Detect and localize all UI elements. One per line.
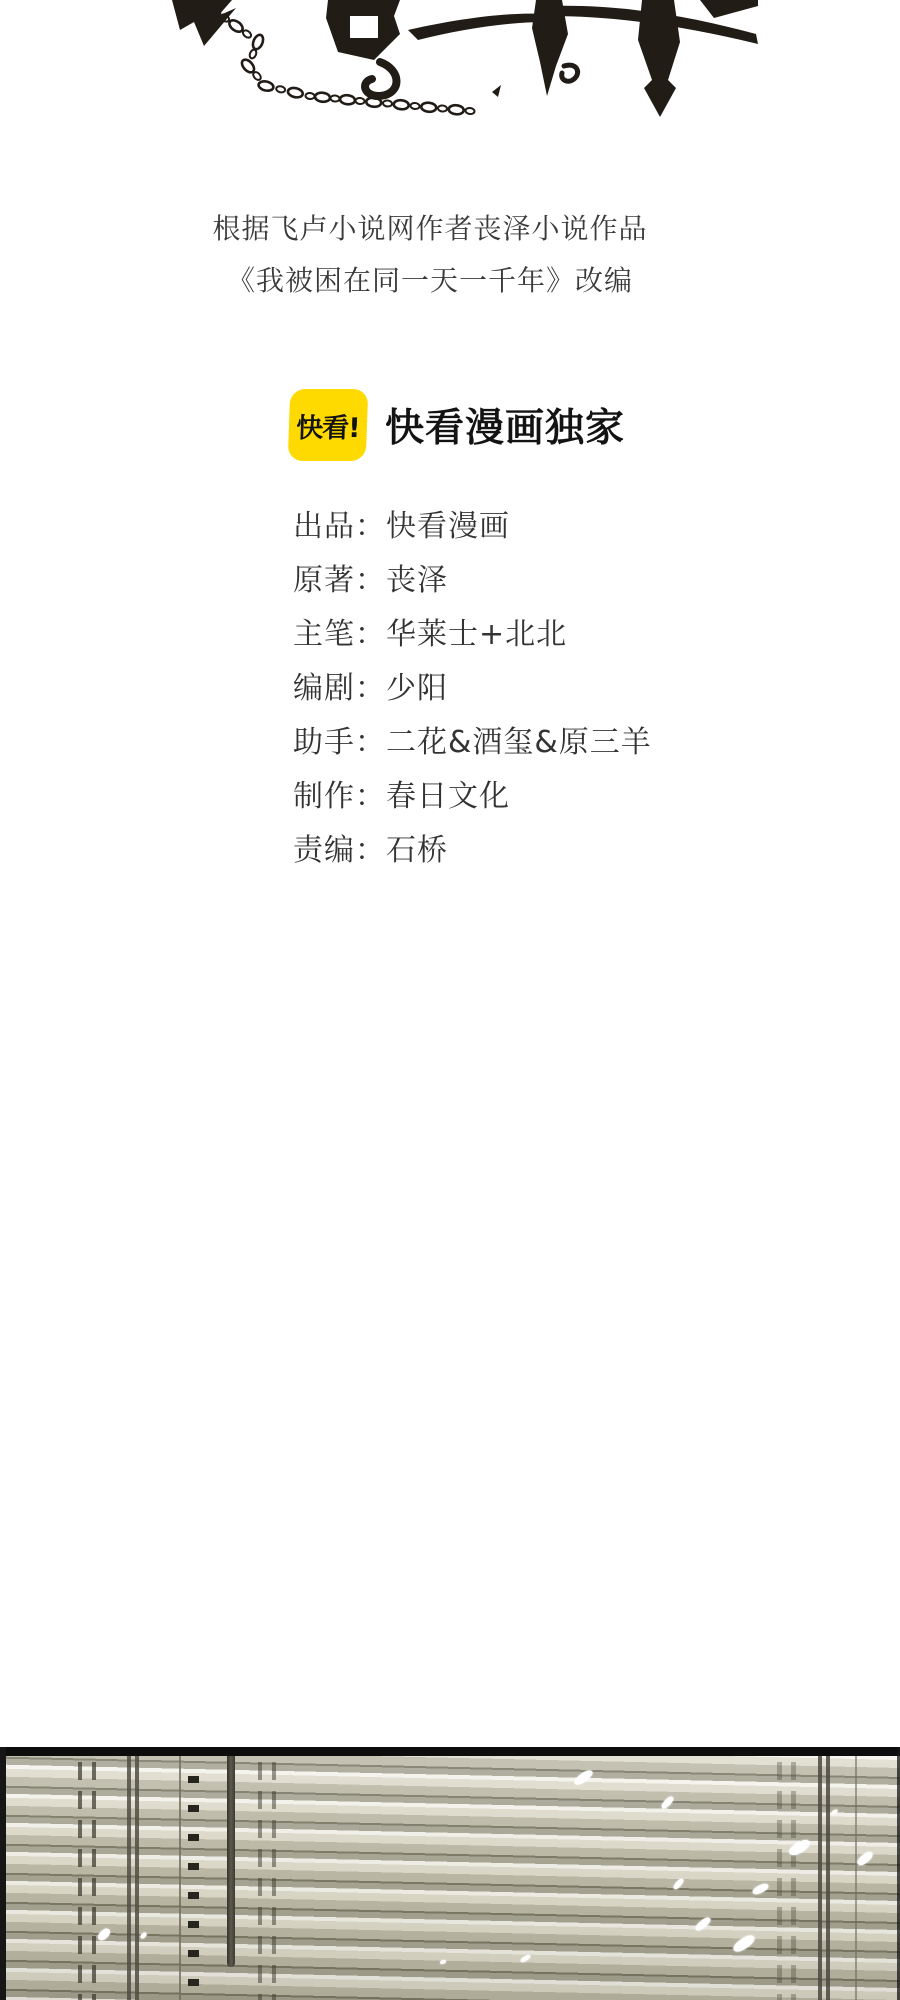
blinds-cord [127, 1756, 131, 2000]
blinds-ladder-tape [777, 1756, 782, 2000]
panel-left-edge [0, 1747, 6, 2000]
series-title-logo [170, 0, 760, 118]
credit-label: 责编： [293, 833, 386, 868]
credit-row: 制作：春日文化 [293, 770, 652, 824]
credit-row: 出品：快看漫画 [293, 500, 652, 554]
credit-row: 原著：丧泽 [293, 554, 652, 608]
platform-row: 快看! 快看漫画独家 [289, 388, 625, 462]
blinds-top-rail [0, 1747, 900, 1756]
credits-list: 出品：快看漫画原著：丧泽主笔：华莱士+北北编剧：少阳助手：二花&酒玺&原三羊制作… [293, 500, 652, 878]
credit-label: 出品： [293, 509, 386, 544]
blinds-clip-column [188, 1756, 199, 2000]
credit-label: 原著： [293, 563, 386, 598]
credit-label: 主笔： [293, 617, 386, 652]
blinds-cord [818, 1756, 822, 2000]
gothic-strokes [172, 0, 758, 117]
blinds-tilt-wand [227, 1756, 235, 1967]
blinds-cord [179, 1756, 181, 2000]
adaptation-notice-line2: 《我被困在同一天一千年》改编 [140, 255, 720, 307]
adaptation-notice: 根据飞卢小说网作者丧泽小说作品 《我被困在同一天一千年》改编 [140, 203, 720, 307]
comic-page: 根据飞卢小说网作者丧泽小说作品 《我被困在同一天一千年》改编 快看! 快看漫画独… [0, 0, 900, 2000]
credit-row: 助手：二花&酒玺&原三羊 [293, 716, 652, 770]
blinds-ladder-tape [791, 1756, 796, 2000]
credit-value: 快看漫画 [386, 509, 510, 544]
credit-row: 责编：石桥 [293, 824, 652, 878]
credit-row: 主笔：华莱士+北北 [293, 608, 652, 662]
blinds-ladder-tape [78, 1756, 82, 2000]
kuaikan-exclusive-label: 快看漫画独家 [385, 397, 625, 453]
blinds-ladder-tape [272, 1756, 276, 2000]
credit-label: 编剧： [293, 671, 386, 706]
credit-value: 少阳 [386, 671, 448, 706]
blinds-ladder-tape [258, 1756, 262, 2000]
credit-label: 助手： [293, 725, 386, 760]
blinds-cord [135, 1756, 139, 2000]
adaptation-notice-line1: 根据飞卢小说网作者丧泽小说作品 [140, 203, 720, 255]
credit-value: 华莱士+北北 [386, 617, 567, 652]
credit-value: 二花&酒玺&原三羊 [386, 725, 652, 760]
credit-row: 编剧：少阳 [293, 662, 652, 716]
blinds-cord [855, 1756, 857, 2000]
blinds-cord [826, 1756, 830, 2000]
credit-label: 制作： [293, 779, 386, 814]
credit-value: 丧泽 [386, 563, 448, 598]
blinds-ladder-tape [92, 1756, 96, 2000]
credit-value: 春日文化 [386, 779, 510, 814]
window-blinds-panel [0, 1747, 900, 2000]
credit-value: 石桥 [386, 833, 448, 868]
kuaikan-logo-icon: 快看! [288, 389, 369, 461]
